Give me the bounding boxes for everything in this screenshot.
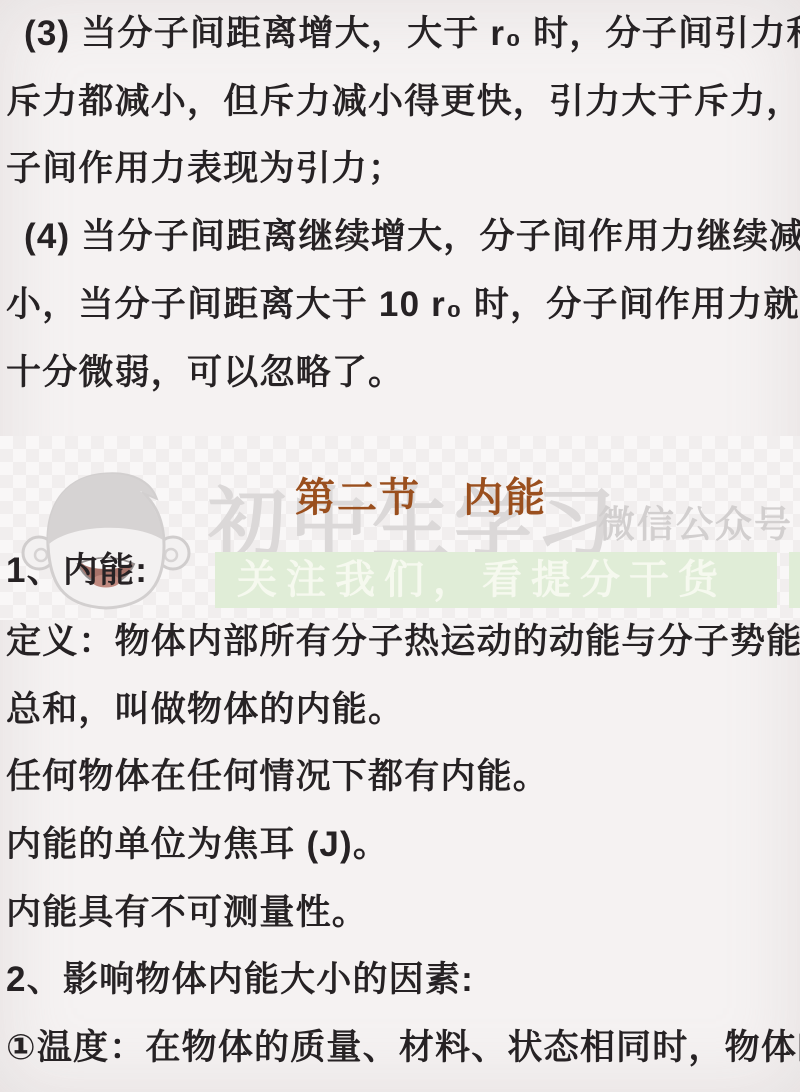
text-line: ①温度：在物体的质量、材料、状态相同时，物体的 xyxy=(6,1020,800,1070)
text-line: (4) 当分子间距离继续增大，分子间作用力继续减 xyxy=(24,209,800,259)
document-page: 初中生学习 微信公众号 关注我们，看提分干货 第二节 内能 (3) 当分子间距离… xyxy=(0,0,800,1092)
text-line: 子间作用力表现为引力； xyxy=(6,141,404,191)
text-line: 斥力都减小，但斥力减小得更快，引力大于斥力，分 xyxy=(6,74,800,124)
text-line: 小，当分子间距离大于 10 r₀ 时，分子间作用力就变得 xyxy=(6,277,800,327)
text-line: 内能的单位为焦耳 (J)。 xyxy=(6,817,389,867)
text-line: 总和，叫做物体的内能。 xyxy=(6,682,404,732)
text-line: 1、内能: xyxy=(6,543,148,593)
text-line: 十分微弱，可以忽略了。 xyxy=(6,345,404,395)
text-layer: (3) 当分子间距离增大，大于 r₀ 时，分子间引力和 斥力都减小，但斥力减小得… xyxy=(0,0,800,1092)
text-line: 任何物体在任何情况下都有内能。 xyxy=(6,749,549,799)
text-line: 定义：物体内部所有分子热运动的动能与分子势能的 xyxy=(6,614,800,664)
text-line: 2、影响物体内能大小的因素: xyxy=(6,952,474,1002)
text-line: (3) 当分子间距离增大，大于 r₀ 时，分子间引力和 xyxy=(24,6,800,56)
text-line: 内能具有不可测量性。 xyxy=(6,885,368,935)
